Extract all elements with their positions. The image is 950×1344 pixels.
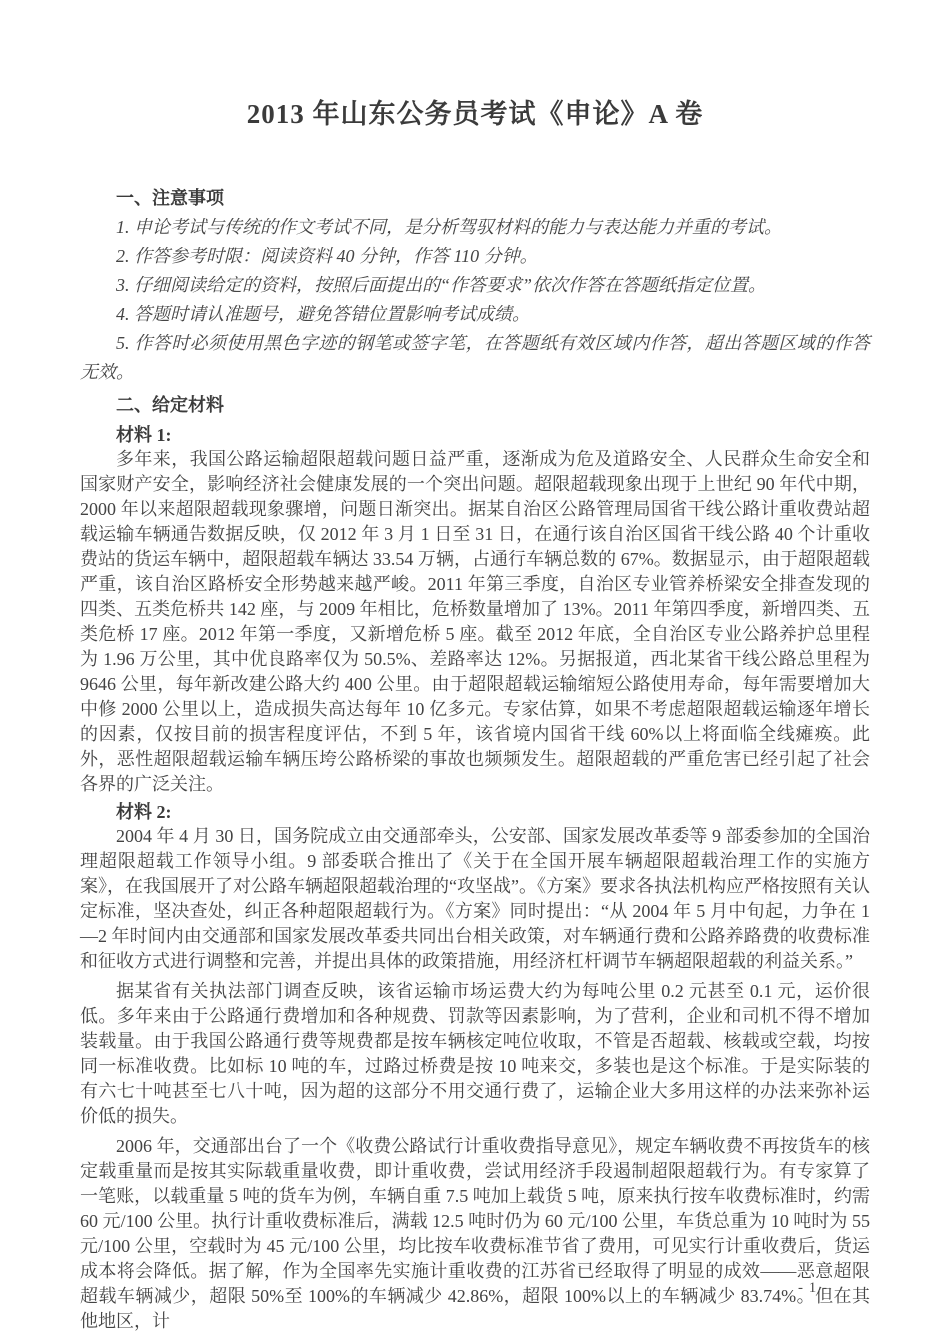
page-number: - 1 - [798, 1280, 828, 1297]
notice-item-2: 2. 作答参考时限：阅读资料 40 分钟，作答 110 分钟。 [80, 242, 870, 271]
notice-item-1: 1. 申论考试与传统的作文考试不同，是分析驾驭材料的能力与表达能力并重的考试。 [80, 213, 870, 242]
material-2-paragraph-3: 2006 年，交通部出台了一个《收费公路试行计重收费指导意见》，规定车辆收费不再… [80, 1134, 870, 1334]
material-2-paragraph-2: 据某省有关执法部门调查反映，该省运输市场运费大约为每吨公里 0.2 元甚至 0.… [80, 979, 870, 1129]
document-page: 2013 年山东公务员考试《申论》A 卷 一、注意事项 1. 申论考试与传统的作… [0, 0, 950, 1344]
materials-section-heading: 二、给定材料 [80, 391, 870, 420]
material-2-label: 材料 2: [80, 800, 870, 824]
notice-item-4: 4. 答题时请认准题号，避免答错位置影响考试成绩。 [80, 300, 870, 329]
notice-section-heading: 一、注意事项 [80, 184, 870, 213]
document-title: 2013 年山东公务员考试《申论》A 卷 [80, 96, 870, 132]
material-1-label: 材料 1: [80, 423, 870, 447]
notice-item-3: 3. 仔细阅读给定的资料，按照后面提出的“作答要求”依次作答在答题纸指定位置。 [80, 271, 870, 300]
material-1-paragraph-1: 多年来，我国公路运输超限超载问题日益严重，逐渐成为危及道路安全、人民群众生命安全… [80, 447, 870, 797]
material-2-paragraph-1: 2004 年 4 月 30 日，国务院成立由交通部牵头，公安部、国家发展改革委等… [80, 824, 870, 974]
notice-item-5: 5. 作答时必须使用黑色字迹的钢笔或签字笔，在答题纸有效区域内作答，超出答题区域… [80, 329, 870, 387]
